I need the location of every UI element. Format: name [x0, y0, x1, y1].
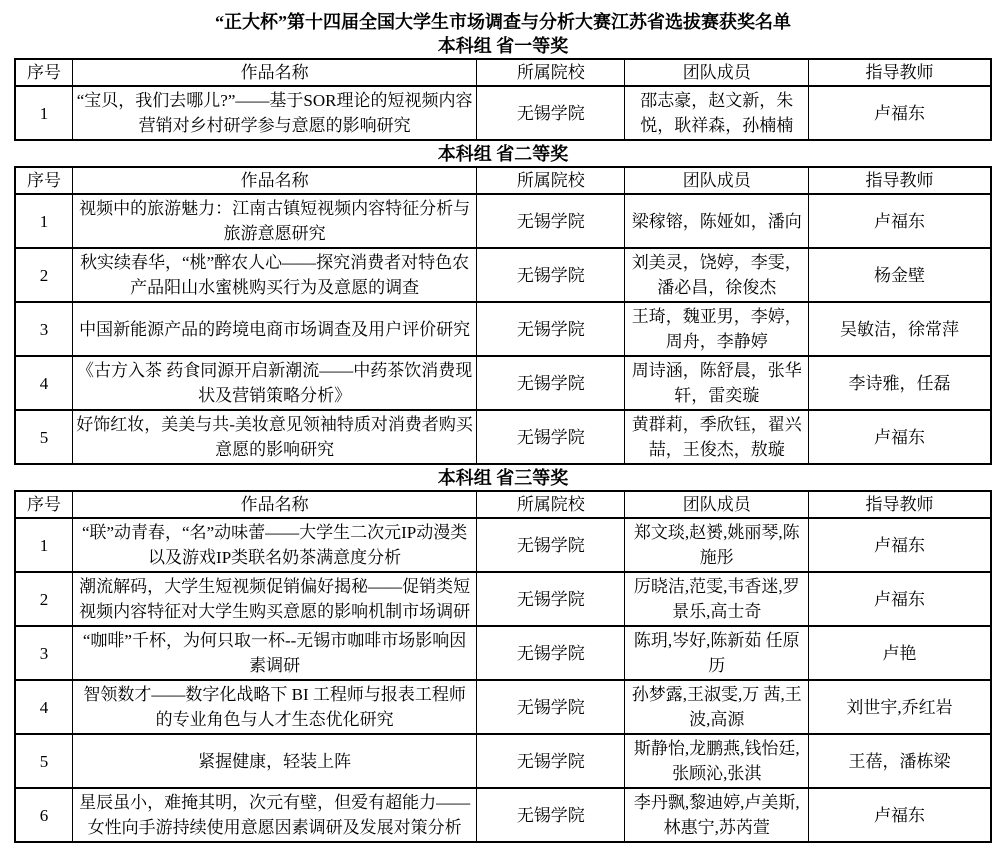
column-header-advisor: 指导教师: [808, 59, 991, 86]
page-title: “正大杯”第十四届全国大学生市场调查与分析大赛江苏省选拔赛获奖名单: [0, 10, 1006, 34]
column-header-advisor: 指导教师: [808, 167, 991, 194]
cell-no: 6: [15, 788, 73, 842]
cell-no: 1: [15, 86, 73, 140]
cell-no: 2: [15, 572, 73, 626]
cell-team: 斯静怡,龙鹏燕,钱怡廷,张顾沁,张淇: [625, 734, 808, 788]
column-header-school: 所属院校: [477, 59, 625, 86]
cell-title: “咖啡”千杯，为何只取一杯--无锡市咖啡市场影响因素调研: [73, 626, 477, 680]
cell-no: 1: [15, 194, 73, 248]
table-row: 3 “咖啡”千杯，为何只取一杯--无锡市咖啡市场影响因素调研 无锡学院 陈玥,岑…: [15, 626, 991, 680]
cell-school: 无锡学院: [477, 410, 625, 464]
table-row: 1 “联”动青春，“名”动味蕾——大学生二次元IP动漫类以及游戏IP类联名奶茶满…: [15, 518, 991, 572]
cell-title: 秋实续春华，“桃”醉农人心——探究消费者对特色农产品阳山水蜜桃购买行为及意愿的调…: [73, 248, 477, 302]
cell-team: 黄群莉，季欣钰，翟兴喆，王俊杰，敖璇: [625, 410, 808, 464]
column-header-team: 团队成员: [625, 491, 808, 518]
table-row: 1 视频中的旅游魅力：江南古镇短视频内容特征分析与旅游意愿研究 无锡学院 梁稼镕…: [15, 194, 991, 248]
column-header-team: 团队成员: [625, 59, 808, 86]
cell-team: 李丹飘,黎迪婷,卢美斯,林惠宁,苏芮萱: [625, 788, 808, 842]
cell-school: 无锡学院: [477, 788, 625, 842]
cell-school: 无锡学院: [477, 248, 625, 302]
cell-advisor: 王蓓，潘栋梁: [808, 734, 991, 788]
cell-advisor: 卢福东: [808, 572, 991, 626]
column-header-title: 作品名称: [73, 491, 477, 518]
cell-title: 《古方入茶 药食同源开启新潮流——中药茶饮消费现状及营销策略分析》: [73, 356, 477, 410]
section-heading-third-prize: 本科组 省三等奖: [0, 467, 1006, 489]
column-header-no: 序号: [15, 491, 73, 518]
table-row: 4 智领数才——数字化战略下 BI 工程师与报表工程师的专业角色与人才生态优化研…: [15, 680, 991, 734]
cell-no: 3: [15, 626, 73, 680]
awards-table-third-prize: 序号 作品名称 所属院校 团队成员 指导教师 1 “联”动青春，“名”动味蕾——…: [14, 490, 992, 843]
cell-school: 无锡学院: [477, 626, 625, 680]
cell-school: 无锡学院: [477, 572, 625, 626]
section-heading-second-prize: 本科组 省二等奖: [0, 143, 1006, 165]
cell-advisor: 卢福东: [808, 86, 991, 140]
cell-title: 智领数才——数字化战略下 BI 工程师与报表工程师的专业角色与人才生态优化研究: [73, 680, 477, 734]
column-header-no: 序号: [15, 59, 73, 86]
column-header-no: 序号: [15, 167, 73, 194]
cell-school: 无锡学院: [477, 194, 625, 248]
cell-advisor: 卢艳: [808, 626, 991, 680]
column-header-title: 作品名称: [73, 59, 477, 86]
cell-title: “宝贝，我们去哪儿?”——基于SOR理论的短视频内容营销对乡村研学参与意愿的影响…: [73, 86, 477, 140]
awards-table-second-prize: 序号 作品名称 所属院校 团队成员 指导教师 1 视频中的旅游魅力：江南古镇短视…: [14, 166, 992, 465]
cell-no: 4: [15, 680, 73, 734]
table-row: 4 《古方入茶 药食同源开启新潮流——中药茶饮消费现状及营销策略分析》 无锡学院…: [15, 356, 991, 410]
cell-title: 好饰红妆，美美与共-美妆意见领袖特质对消费者购买意愿的影响研究: [73, 410, 477, 464]
cell-school: 无锡学院: [477, 302, 625, 356]
column-header-title: 作品名称: [73, 167, 477, 194]
table-row: 3 中国新能源产品的跨境电商市场调查及用户评价研究 无锡学院 王琦，魏亚男，李婷…: [15, 302, 991, 356]
cell-no: 3: [15, 302, 73, 356]
cell-title: 中国新能源产品的跨境电商市场调查及用户评价研究: [73, 302, 477, 356]
cell-title: 视频中的旅游魅力：江南古镇短视频内容特征分析与旅游意愿研究: [73, 194, 477, 248]
awards-table-first-prize: 序号 作品名称 所属院校 团队成员 指导教师 1 “宝贝，我们去哪儿?”——基于…: [14, 58, 992, 141]
column-header-team: 团队成员: [625, 167, 808, 194]
cell-title: 潮流解码，大学生短视频促销偏好揭秘——促销类短视频内容特征对大学生购买意愿的影响…: [73, 572, 477, 626]
table-row: 5 好饰红妆，美美与共-美妆意见领袖特质对消费者购买意愿的影响研究 无锡学院 黄…: [15, 410, 991, 464]
cell-title: 紧握健康，轻装上阵: [73, 734, 477, 788]
cell-team: 孙梦露,王淑雯,万 茜,王波,高源: [625, 680, 808, 734]
column-header-school: 所属院校: [477, 491, 625, 518]
cell-no: 1: [15, 518, 73, 572]
cell-advisor: 杨金壁: [808, 248, 991, 302]
cell-team: 郑文琰,赵赟,姚丽琴,陈施彤: [625, 518, 808, 572]
header-row: 序号 作品名称 所属院校 团队成员 指导教师: [15, 167, 991, 194]
table-row: 2 潮流解码，大学生短视频促销偏好揭秘——促销类短视频内容特征对大学生购买意愿的…: [15, 572, 991, 626]
cell-title: 星辰虽小，难掩其明，次元有壁，但爱有超能力——女性向手游持续使用意愿因素调研及发…: [73, 788, 477, 842]
cell-school: 无锡学院: [477, 734, 625, 788]
cell-team: 王琦，魏亚男，李婷，周舟，李静婷: [625, 302, 808, 356]
cell-school: 无锡学院: [477, 356, 625, 410]
cell-school: 无锡学院: [477, 86, 625, 140]
table-row: 5 紧握健康，轻装上阵 无锡学院 斯静怡,龙鹏燕,钱怡廷,张顾沁,张淇 王蓓，潘…: [15, 734, 991, 788]
header-row: 序号 作品名称 所属院校 团队成员 指导教师: [15, 491, 991, 518]
cell-title: “联”动青春，“名”动味蕾——大学生二次元IP动漫类以及游戏IP类联名奶茶满意度…: [73, 518, 477, 572]
table-row: 2 秋实续春华，“桃”醉农人心——探究消费者对特色农产品阳山水蜜桃购买行为及意愿…: [15, 248, 991, 302]
section-heading-first-prize: 本科组 省一等奖: [0, 35, 1006, 57]
column-header-school: 所属院校: [477, 167, 625, 194]
cell-team: 厉晓洁,范雯,韦香迷,罗景乐,高士奇: [625, 572, 808, 626]
cell-team: 刘美灵，饶婷，李雯，潘必昌，徐俊杰: [625, 248, 808, 302]
cell-advisor: 卢福东: [808, 788, 991, 842]
column-header-advisor: 指导教师: [808, 491, 991, 518]
cell-advisor: 卢福东: [808, 518, 991, 572]
cell-no: 5: [15, 734, 73, 788]
table-row: 6 星辰虽小，难掩其明，次元有壁，但爱有超能力——女性向手游持续使用意愿因素调研…: [15, 788, 991, 842]
cell-school: 无锡学院: [477, 680, 625, 734]
document: “正大杯”第十四届全国大学生市场调查与分析大赛江苏省选拔赛获奖名单 本科组 省一…: [0, 0, 1006, 848]
cell-team: 陈玥,岑好,陈新茹 任原历: [625, 626, 808, 680]
cell-school: 无锡学院: [477, 518, 625, 572]
cell-team: 梁稼镕，陈娅如，潘向: [625, 194, 808, 248]
cell-advisor: 卢福东: [808, 194, 991, 248]
cell-advisor: 刘世宇,乔红岩: [808, 680, 991, 734]
header-row: 序号 作品名称 所属院校 团队成员 指导教师: [15, 59, 991, 86]
cell-advisor: 吴敏洁，徐常萍: [808, 302, 991, 356]
table-row: 1 “宝贝，我们去哪儿?”——基于SOR理论的短视频内容营销对乡村研学参与意愿的…: [15, 86, 991, 140]
cell-advisor: 卢福东: [808, 410, 991, 464]
cell-advisor: 李诗雅，任磊: [808, 356, 991, 410]
cell-team: 周诗涵，陈舒晨，张华轩，雷奕璇: [625, 356, 808, 410]
cell-no: 4: [15, 356, 73, 410]
cell-no: 5: [15, 410, 73, 464]
cell-team: 邵志豪，赵文新，朱悦，耿祥森，孙楠楠: [625, 86, 808, 140]
cell-no: 2: [15, 248, 73, 302]
